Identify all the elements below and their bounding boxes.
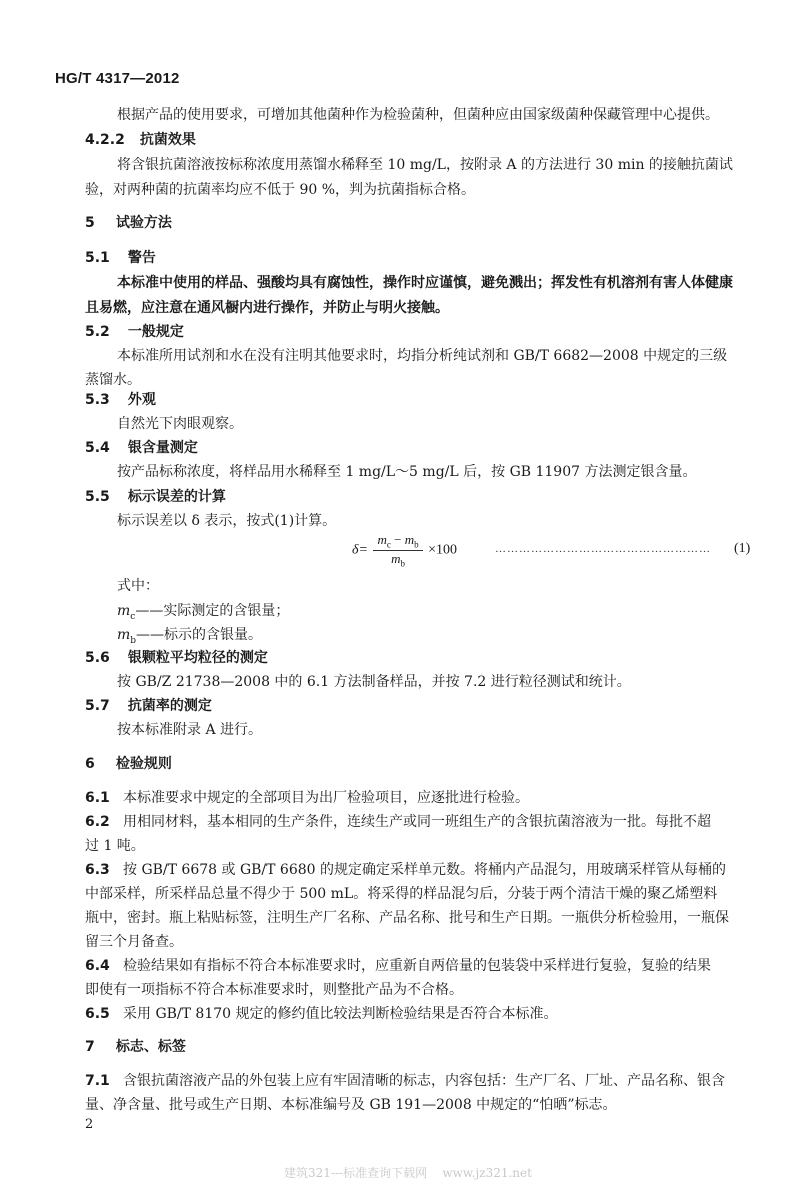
clause-6-4: 6.4检验结果如有指标不符合本标准要求时，应重新自两倍量的包装袋中采样进行复验，… — [85, 956, 711, 976]
where-label: 式中： — [117, 576, 159, 596]
paragraph: 留三个月备查。 — [85, 932, 183, 952]
formula-number: (1) — [734, 541, 750, 557]
clause-title: 一般规定 — [128, 324, 184, 340]
paragraph: 蒸馏水。 — [85, 370, 141, 390]
formula-1: δ= mc − mb mb ×100 — [352, 532, 457, 568]
formula-multiplier: ×100 — [428, 542, 457, 557]
clause-6-1: 6.1本标准要求中规定的全部项目为出厂检验项目，应逐批进行检验。 — [85, 788, 529, 808]
formula-lhs: δ= — [352, 542, 368, 557]
clause-heading-5-5: 5.5 标示误差的计算 — [85, 487, 226, 507]
standard-code: HG/T 4317—2012 — [55, 70, 180, 87]
clause-heading-5-1: 5.1 警告 — [85, 248, 156, 268]
clause-heading-5-4: 5.4 银含量测定 — [85, 438, 198, 458]
document-page: HG/T 4317—2012 根据产品的使用要求，可增加其他菌种作为检验菌种，但… — [0, 0, 804, 1200]
variable-definition: mc——实际测定的含银量； — [117, 601, 289, 627]
clause-heading-4-2-2: 4.2.2 抗菌效果 — [85, 130, 196, 150]
chapter-title: 标志、标签 — [116, 1039, 186, 1055]
clause-heading-5-6: 5.6 银颗粒平均粒径的测定 — [85, 648, 268, 668]
clause-title: 银含量测定 — [128, 440, 198, 456]
chapter-number: 5 — [85, 213, 111, 233]
paragraph: 自然光下肉眼观察。 — [117, 414, 243, 434]
clause-number: 5.7 — [85, 696, 117, 716]
chapter-title: 检验规则 — [116, 756, 172, 772]
clause-number: 5.3 — [85, 390, 117, 410]
clause-title: 抗菌效果 — [140, 132, 196, 148]
warning-text: 本标准中使用的样品、强酸均具有腐蚀性，操作时应谨慎，避免溅出；挥发性有机溶剂有害… — [117, 273, 733, 293]
paragraph: 过 1 吨。 — [85, 836, 145, 856]
formula-denominator: mb — [373, 551, 422, 569]
clause-title: 标示误差的计算 — [128, 489, 226, 505]
formula-leader-dots: ……………………………………………… — [495, 543, 711, 555]
chapter-heading-7: 7 标志、标签 — [85, 1037, 186, 1057]
chapter-number: 6 — [85, 754, 111, 774]
clause-title: 银颗粒平均粒径的测定 — [128, 650, 268, 666]
clause-number: 5.1 — [85, 248, 117, 268]
paragraph: 按本标准附录 A 进行。 — [117, 720, 262, 740]
clause-number: 4.2.2 — [85, 130, 129, 150]
clause-title: 警告 — [128, 250, 156, 266]
clause-heading-5-3: 5.3 外观 — [85, 390, 156, 410]
clause-6-5: 6.5采用 GB/T 8170 规定的修约值比较法判断检验结果是否符合本标准。 — [85, 1004, 558, 1024]
formula-numerator: mc − mb — [373, 532, 422, 551]
paragraph: 验，对两种菌的抗菌率均应不低于 90 %，判为抗菌指标合格。 — [85, 180, 475, 200]
chapter-heading-5: 5 试验方法 — [85, 213, 172, 233]
page-number: 2 — [85, 1117, 93, 1132]
watermark: 建筑321---标准查询下载网 www.jz321.net — [284, 1164, 532, 1181]
clause-number: 5.4 — [85, 438, 117, 458]
clause-title: 外观 — [128, 392, 156, 408]
warning-text: 且易燃，应注意在通风橱内进行操作，并防止与明火接触。 — [85, 298, 449, 318]
clause-number: 5.5 — [85, 487, 117, 507]
formula-fraction: mc − mb mb — [373, 532, 422, 568]
paragraph: 即使有一项指标不符合本标准要求时，则整批产品为不合格。 — [85, 980, 463, 1000]
paragraph: 按产品标称浓度，将样品用水稀释至 1 mg/L～5 mg/L 后，按 GB 11… — [117, 462, 696, 482]
variable-definition: mb——标示的含银量。 — [117, 625, 262, 651]
paragraph: 按 GB/Z 21738—2008 中的 6.1 方法制备样品，并按 7.2 进… — [117, 672, 631, 692]
clause-number: 5.2 — [85, 322, 117, 342]
clause-title: 抗菌率的测定 — [128, 698, 212, 714]
chapter-title: 试验方法 — [116, 215, 172, 231]
clause-heading-5-7: 5.7 抗菌率的测定 — [85, 696, 212, 716]
clause-6-2: 6.2用相同材料，基本相同的生产条件，连续生产或同一班组生产的含银抗菌溶液为一批… — [85, 812, 711, 832]
clause-heading-5-2: 5.2 一般规定 — [85, 322, 184, 342]
chapter-number: 7 — [85, 1037, 111, 1057]
clause-6-3: 6.3按 GB/T 6678 或 GB/T 6680 的规定确定采样单元数。将桶… — [85, 860, 726, 880]
clause-7-1: 7.1含银抗菌溶液产品的外包装上应有牢固清晰的标志，内容包括：生产厂名、厂址、产… — [85, 1071, 725, 1091]
paragraph: 瓶中，密封。瓶上粘贴标签，注明生产厂名称、产品名称、批号和生产日期。一瓶供分析检… — [85, 908, 729, 928]
paragraph: 将含银抗菌溶液按标称浓度用蒸馏水稀释至 10 mg/L，按附录 A 的方法进行 … — [117, 155, 733, 175]
paragraph: 中部采样，所采样品总量不得少于 500 mL。将采得的样品混匀后，分装于两个清洁… — [85, 884, 717, 904]
paragraph: 本标准所用试剂和水在没有注明其他要求时，均指分析纯试剂和 GB/T 6682—2… — [117, 346, 727, 366]
chapter-heading-6: 6 检验规则 — [85, 754, 172, 774]
paragraph: 量、净含量、批号或生产日期、本标准编号及 GB 191—2008 中规定的“怕晒… — [85, 1095, 617, 1115]
clause-number: 5.6 — [85, 648, 117, 668]
paragraph: 根据产品的使用要求，可增加其他菌种作为检验菌种，但菌种应由国家级菌种保藏管理中心… — [117, 105, 719, 125]
paragraph: 标示误差以 δ 表示，按式(1)计算。 — [117, 511, 336, 531]
